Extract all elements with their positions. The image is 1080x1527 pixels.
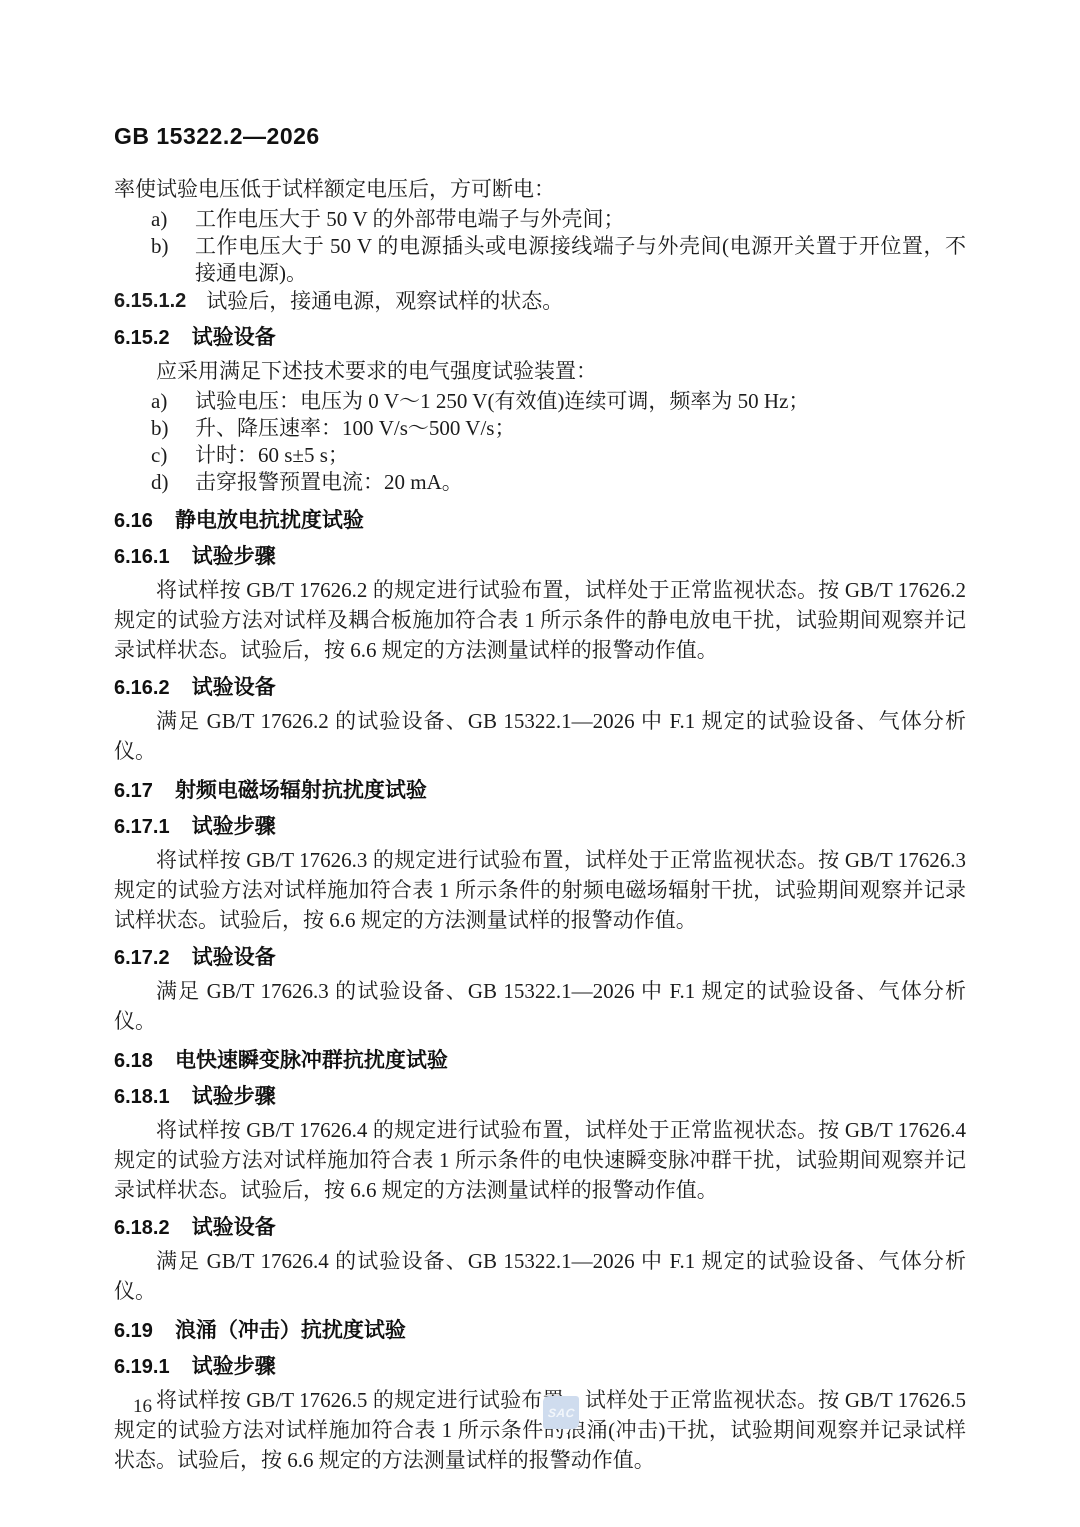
paragraph: 率使试验电压低于试样额定电压后，方可断电：: [114, 174, 966, 204]
section-title: 试验步骤: [192, 1084, 276, 1110]
section-heading: 6.18.2试验设备: [114, 1215, 966, 1241]
list-item: d)击穿报警预置电流：20 mA。: [114, 469, 966, 496]
list-item: b)工作电压大于 50 V 的电源插头或电源接线端子与外壳间(电源开关置于开位置…: [114, 233, 966, 287]
section-heading: 6.17射频电磁场辐射抗扰度试验: [114, 778, 966, 804]
section-title: 电快速瞬变脉冲群抗扰度试验: [175, 1048, 448, 1074]
sac-logo-text: SAC: [547, 1406, 575, 1420]
list-item-label: d): [151, 469, 195, 496]
page-number: 16: [133, 1396, 152, 1418]
section-heading: 6.19浪涌（冲击）抗扰度试验: [114, 1318, 966, 1344]
section-number: 6.19: [114, 1318, 153, 1344]
section-number: 6.17.2: [114, 945, 170, 971]
section-heading: 6.19.1试验步骤: [114, 1354, 966, 1380]
clause-line: 6.15.1.2试验后，接通电源，观察试样的状态。: [114, 288, 966, 315]
section-heading: 6.18.1试验步骤: [114, 1084, 966, 1110]
section-number: 6.18.1: [114, 1084, 170, 1110]
paragraph: 满足 GB/T 17626.3 的试验设备、GB 15322.1—2026 中 …: [114, 976, 966, 1036]
standard-number-header: GB 15322.2—2026: [114, 123, 320, 150]
list-item: c)计时：60 s±5 s；: [114, 442, 966, 469]
section-heading: 6.16.2试验设备: [114, 675, 966, 701]
list-item-label: a): [151, 206, 195, 233]
list-item-label: b): [151, 415, 195, 442]
section-heading: 6.16静电放电抗扰度试验: [114, 508, 966, 534]
section-title: 浪涌（冲击）抗扰度试验: [175, 1318, 406, 1344]
section-number: 6.16.1: [114, 544, 170, 570]
list-item-label: b): [151, 233, 195, 287]
list-item: a)工作电压大于 50 V 的外部带电端子与外壳间；: [114, 206, 966, 233]
document-body: 率使试验电压低于试样额定电压后，方可断电：a)工作电压大于 50 V 的外部带电…: [114, 172, 966, 1477]
section-number: 6.16: [114, 508, 153, 534]
section-number: 6.17: [114, 778, 153, 804]
section-title: 试验步骤: [192, 1354, 276, 1380]
list-item: b)升、降压速率：100 V/s～500 V/s；: [114, 415, 966, 442]
list-item-text: 工作电压大于 50 V 的外部带电端子与外壳间；: [195, 206, 966, 233]
section-number: 6.16.2: [114, 675, 170, 701]
list-item-label: a): [151, 388, 195, 415]
paragraph: 满足 GB/T 17626.4 的试验设备、GB 15322.1—2026 中 …: [114, 1246, 966, 1306]
paragraph: 将试样按 GB/T 17626.2 的规定进行试验布置，试样处于正常监视状态。按…: [114, 575, 966, 665]
list-item-label: c): [151, 442, 195, 469]
section-title: 试验设备: [192, 675, 276, 701]
document-page: GB 15322.2—2026 率使试验电压低于试样额定电压后，方可断电：a)工…: [0, 0, 1080, 1527]
clause-text: 试验后，接通电源，观察试样的状态。: [206, 288, 563, 315]
paragraph: 应采用满足下述技术要求的电气强度试验装置：: [114, 356, 966, 386]
section-title: 试验步骤: [192, 814, 276, 840]
clause-number: 6.15.1.2: [114, 288, 186, 315]
section-title: 试验设备: [192, 1215, 276, 1241]
section-title: 射频电磁场辐射抗扰度试验: [175, 778, 427, 804]
section-number: 6.18: [114, 1048, 153, 1074]
section-number: 6.18.2: [114, 1215, 170, 1241]
paragraph: 将试样按 GB/T 17626.3 的规定进行试验布置，试样处于正常监视状态。按…: [114, 845, 966, 935]
section-title: 试验步骤: [192, 544, 276, 570]
list-item: a)试验电压：电压为 0 V～1 250 V(有效值)连续可调，频率为 50 H…: [114, 388, 966, 415]
section-number: 6.17.1: [114, 814, 170, 840]
paragraph: 将试样按 GB/T 17626.5 的规定进行试验布置，试样处于正常监视状态。按…: [114, 1385, 966, 1475]
list-item-text: 计时：60 s±5 s；: [195, 442, 966, 469]
paragraph: 将试样按 GB/T 17626.4 的规定进行试验布置，试样处于正常监视状态。按…: [114, 1115, 966, 1205]
section-heading: 6.17.2试验设备: [114, 945, 966, 971]
list-item-text: 试验电压：电压为 0 V～1 250 V(有效值)连续可调，频率为 50 Hz；: [195, 388, 966, 415]
section-heading: 6.17.1试验步骤: [114, 814, 966, 840]
section-number: 6.19.1: [114, 1354, 170, 1380]
paragraph: 满足 GB/T 17626.2 的试验设备、GB 15322.1—2026 中 …: [114, 706, 966, 766]
section-title: 试验设备: [192, 945, 276, 971]
section-number: 6.15.2: [114, 325, 170, 351]
section-heading: 6.15.2试验设备: [114, 325, 966, 351]
section-title: 试验设备: [192, 325, 276, 351]
list-item-text: 击穿报警预置电流：20 mA。: [195, 469, 966, 496]
section-title: 静电放电抗扰度试验: [175, 508, 364, 534]
list-item-text: 工作电压大于 50 V 的电源插头或电源接线端子与外壳间(电源开关置于开位置，不…: [195, 233, 966, 287]
sac-logo-watermark: SAC: [543, 1396, 579, 1429]
section-heading: 6.18电快速瞬变脉冲群抗扰度试验: [114, 1048, 966, 1074]
list-item-text: 升、降压速率：100 V/s～500 V/s；: [195, 415, 966, 442]
section-heading: 6.16.1试验步骤: [114, 544, 966, 570]
